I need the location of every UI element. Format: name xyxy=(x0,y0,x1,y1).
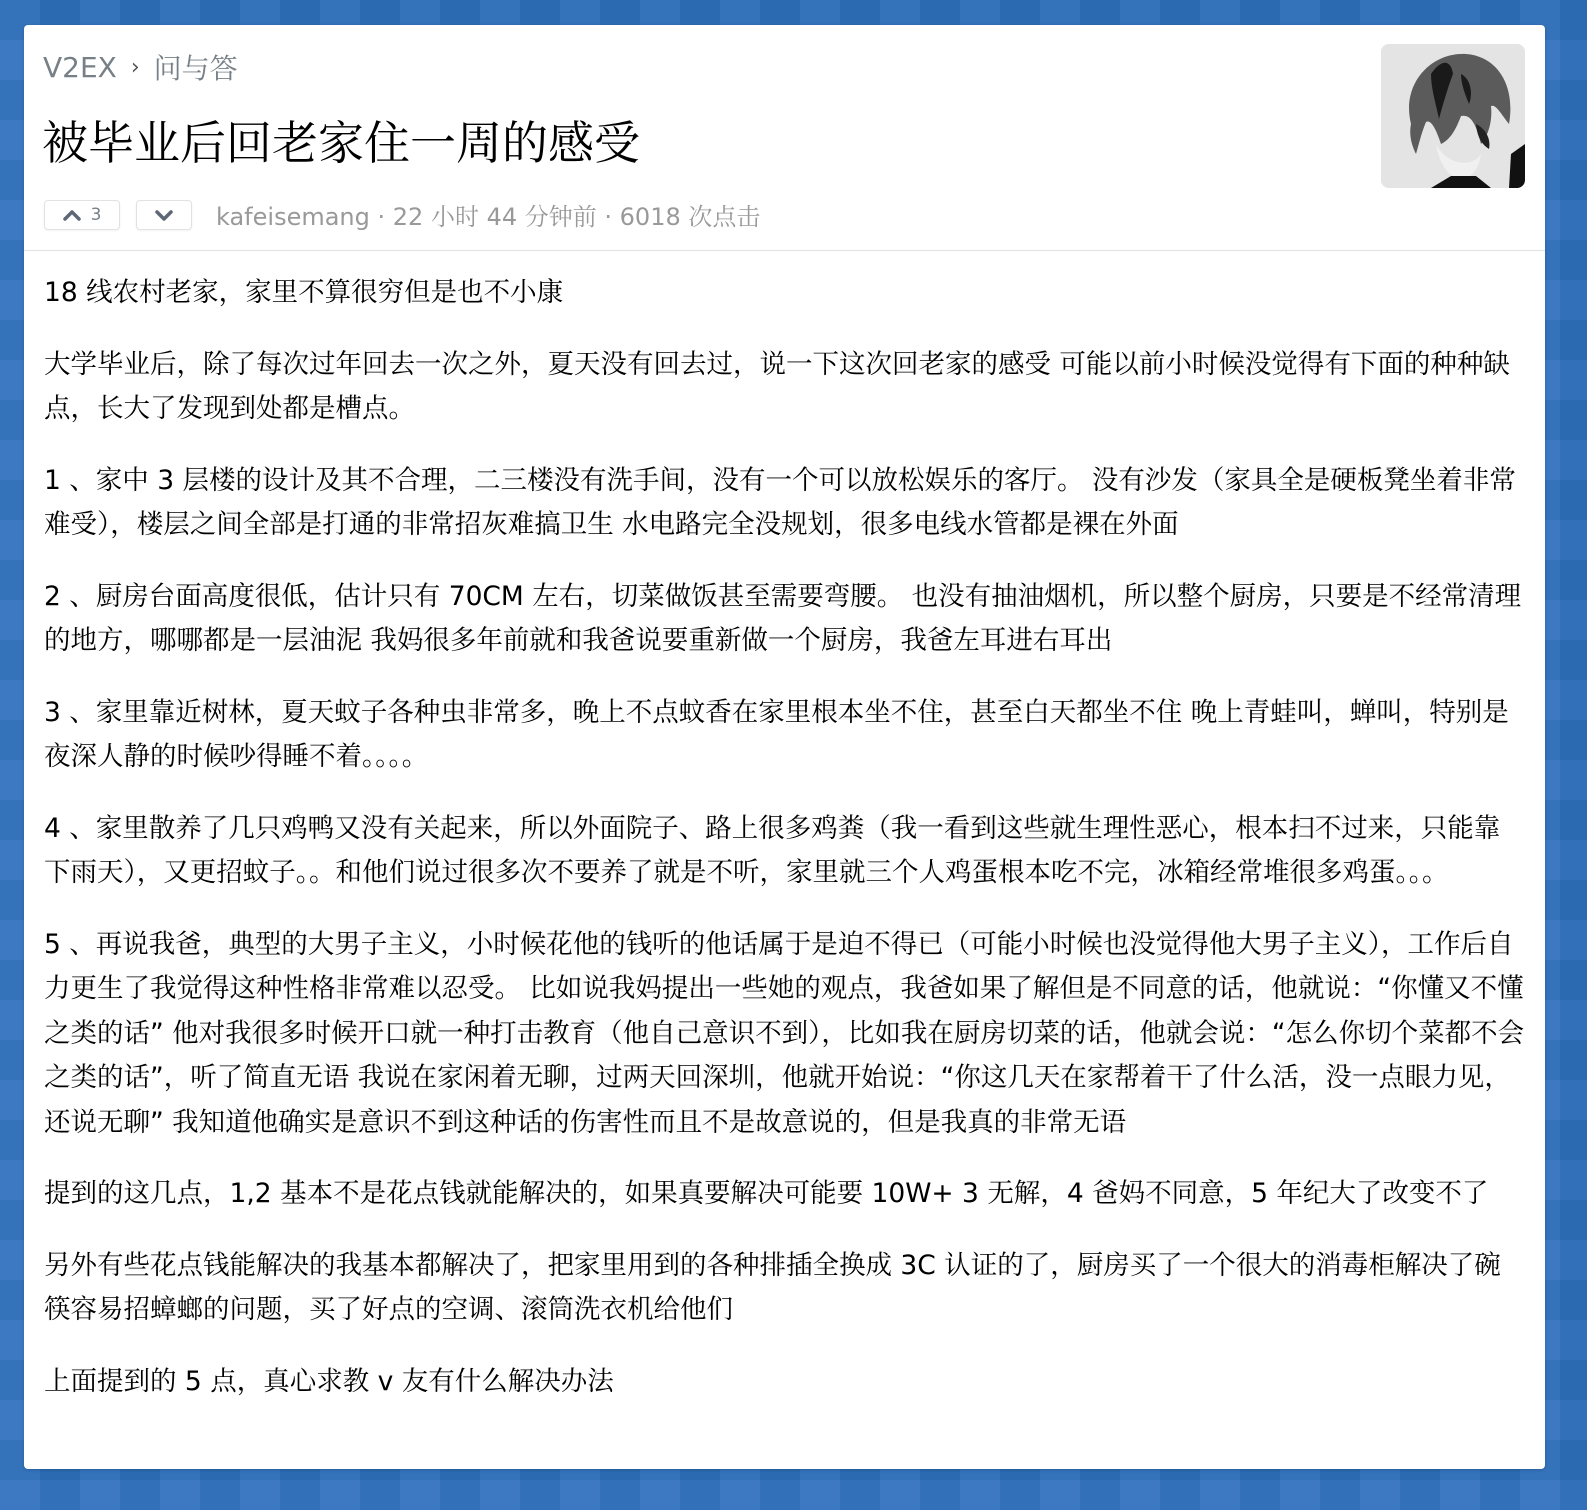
chevron-up-icon xyxy=(63,209,81,221)
click-count: 6018 次点击 xyxy=(620,203,761,231)
content-paragraph: 另外有些花点钱能解决的我基本都解决了，把家里用到的各种排插全换成 3C 认证的了… xyxy=(44,1244,1525,1333)
meta-sep: · xyxy=(378,203,393,231)
topic-header: V2EX › 问与答 被毕业后回老家住一周的感受 3 kafeisemang ·… xyxy=(24,25,1545,251)
upvote-count: 3 xyxy=(91,205,102,225)
breadcrumb-separator: › xyxy=(131,55,140,80)
meta-sep: · xyxy=(604,203,619,231)
downvote-button[interactable] xyxy=(136,200,192,230)
content-paragraph: 2 、厨房台面高度很低，估计只有 70CM 左右，切菜做饭甚至需要弯腰。 也没有… xyxy=(44,575,1525,664)
content-paragraph: 4 、家里散养了几只鸡鸭又没有关起来，所以外面院子、路上很多鸡粪（我一看到这些就… xyxy=(44,807,1525,896)
avatar[interactable] xyxy=(1381,44,1525,188)
topic-card: V2EX › 问与答 被毕业后回老家住一周的感受 3 kafeisemang ·… xyxy=(24,25,1545,1469)
topic-title: 被毕业后回老家住一周的感受 xyxy=(42,107,640,173)
content-paragraph: 5 、再说我爸，典型的大男子主义，小时候花他的钱听的他话属于是迫不得已（可能小时… xyxy=(44,923,1525,1146)
author-link[interactable]: kafeisemang xyxy=(216,203,370,231)
topic-meta-text: kafeisemang · 22 小时 44 分钟前 · 6018 次点击 xyxy=(216,197,760,232)
post-time: 22 小时 44 分钟前 xyxy=(393,203,597,231)
chevron-down-icon xyxy=(155,209,173,221)
content-paragraph: 上面提到的 5 点，真心求教 v 友有什么解决办法 xyxy=(44,1360,1525,1405)
breadcrumb-node-link[interactable]: 问与答 xyxy=(154,47,238,87)
content-paragraph: 提到的这几点，1,2 基本不是花点钱就能解决的，如果真要解决可能要 10W+ 3… xyxy=(44,1172,1525,1217)
topic-content: 18 线农村老家，家里不算很穷但是也不小康 大学毕业后，除了每次过年回去一次之外… xyxy=(24,251,1545,1404)
content-paragraph: 3 、家里靠近树林，夏天蚊子各种虫非常多，晚上不点蚊香在家里根本坐不住，甚至白天… xyxy=(44,691,1525,780)
content-paragraph: 18 线农村老家，家里不算很穷但是也不小康 xyxy=(44,271,1525,316)
upvote-button[interactable]: 3 xyxy=(44,200,120,230)
breadcrumb-site-link[interactable]: V2EX xyxy=(43,51,117,84)
topic-meta: 3 kafeisemang · 22 小时 44 分钟前 · 6018 次点击 xyxy=(44,197,760,232)
breadcrumb: V2EX › 问与答 xyxy=(43,47,238,87)
content-paragraph: 1 、家中 3 层楼的设计及其不合理，二三楼没有洗手间，没有一个可以放松娱乐的客… xyxy=(44,459,1525,548)
content-paragraph: 大学毕业后，除了每次过年回去一次之外，夏天没有回去过，说一下这次回老家的感受 可… xyxy=(44,343,1525,432)
